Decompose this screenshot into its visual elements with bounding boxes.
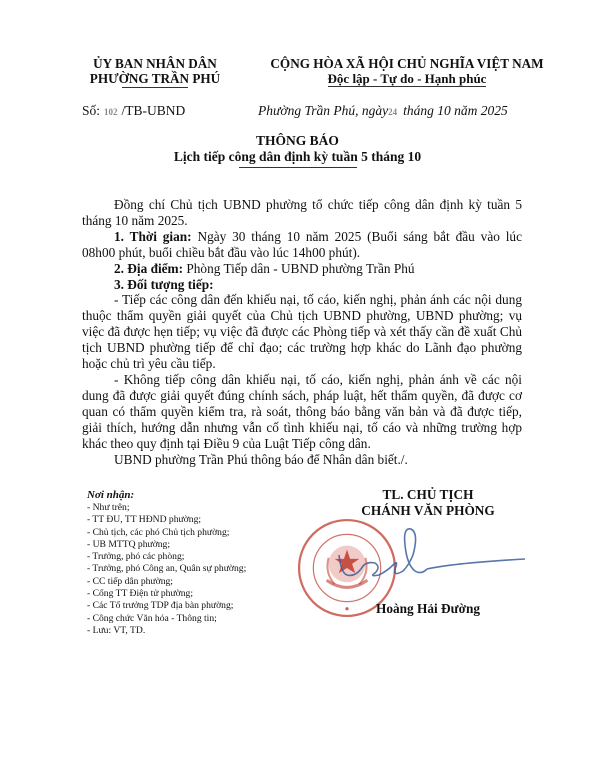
item-time-label: 1. Thời gian:	[114, 229, 192, 244]
signer-name: Hoàng Hải Đường	[318, 601, 538, 617]
title-subheading: Lịch tiếp công dân định kỳ tuần 5 tháng …	[100, 149, 495, 165]
document-date: Phường Trần Phú, ngày24tháng 10 năm 2025	[258, 103, 508, 119]
issuing-agency: ỦY BAN NHÂN DÂN PHƯỜNG TRẦN PHÚ	[70, 56, 240, 88]
agency-line-2: PHƯỜNG TRẦN PHÚ	[70, 71, 240, 86]
document-number: Số:102/TB-UBND	[82, 103, 185, 119]
recipient-item: - Trưởng, phó Công an, Quân sự phường;	[87, 563, 307, 575]
recipients-label: Nơi nhận:	[87, 489, 307, 502]
recipient-item: - Cổng TT Điện tử phường;	[87, 588, 307, 600]
number-suffix: /TB-UBND	[122, 103, 186, 118]
recipient-item: - TT ĐU, TT HĐND phường;	[87, 514, 307, 526]
recipient-item: - Công chức Văn hóa - Thông tin;	[87, 613, 307, 625]
national-motto: Độc lập - Tự do - Hạnh phúc	[328, 71, 487, 87]
date-prefix: Phường Trần Phú, ngày	[258, 103, 388, 118]
title-underline	[239, 167, 357, 168]
nation-name: CỘNG HÒA XÃ HỘI CHỦ NGHĨA VIỆT NAM	[244, 56, 570, 71]
item-location-text: Phòng Tiếp dân - UBND phường Trần Phú	[183, 261, 414, 276]
recipient-item: - UB MTTQ phường;	[87, 539, 307, 551]
title-heading: THÔNG BÁO	[100, 133, 495, 149]
agency-line-1: ỦY BAN NHÂN DÂN	[70, 56, 240, 71]
national-header: CỘNG HÒA XÃ HỘI CHỦ NGHĨA VIỆT NAM Độc l…	[244, 56, 570, 87]
intro-paragraph: Đồng chí Chủ tịch UBND phường tổ chức ti…	[82, 197, 522, 229]
item-subjects-label: 3. Đối tượng tiếp:	[114, 277, 214, 292]
recipients-list: - Như trên;- TT ĐU, TT HĐND phường;- Chủ…	[87, 502, 307, 637]
item-location: 2. Địa điểm: Phòng Tiếp dân - UBND phườn…	[82, 261, 522, 277]
recipient-item: - Như trên;	[87, 502, 307, 514]
signature-line-2: CHÁNH VĂN PHÒNG	[318, 503, 538, 519]
agency-underline	[122, 87, 188, 88]
recipient-item: - Trưởng, phó các phòng;	[87, 551, 307, 563]
recipients-block: Nơi nhận: - Như trên;- TT ĐU, TT HĐND ph…	[87, 489, 307, 637]
document-body: Đồng chí Chủ tịch UBND phường tổ chức ti…	[82, 197, 522, 467]
document-page: ỦY BAN NHÂN DÂN PHƯỜNG TRẦN PHÚ CỘNG HÒA…	[0, 0, 589, 764]
handwritten-signature-icon	[335, 525, 525, 590]
subjects-bullet-2: - Không tiếp công dân khiếu nại, tố cáo,…	[82, 372, 522, 452]
closing-paragraph: UBND phường Trần Phú thông báo để Nhân d…	[82, 452, 522, 468]
recipient-item: - Các Tổ trưởng TDP địa bàn phường;	[87, 600, 307, 612]
subjects-bullet-1: - Tiếp các công dân đến khiếu nại, tố cá…	[82, 292, 522, 372]
date-suffix: tháng 10 năm 2025	[403, 103, 508, 118]
document-title: THÔNG BÁO Lịch tiếp công dân định kỳ tuầ…	[100, 133, 495, 168]
number-prefix: Số:	[82, 103, 100, 118]
item-location-label: 2. Địa điểm:	[114, 261, 183, 276]
signature-block: TL. CHỦ TỊCH CHÁNH VĂN PHÒNG	[318, 487, 538, 519]
signature-line-1: TL. CHỦ TỊCH	[318, 487, 538, 503]
item-time: 1. Thời gian: Ngày 30 tháng 10 năm 2025 …	[82, 229, 522, 261]
recipient-item: - Chủ tịch, các phó Chủ tịch phường;	[87, 527, 307, 539]
recipient-item: - CC tiếp dân phường;	[87, 576, 307, 588]
item-subjects: 3. Đối tượng tiếp:	[82, 277, 522, 293]
recipient-item: - Lưu: VT, TD.	[87, 625, 307, 637]
number-value: 102	[100, 107, 122, 117]
date-day: 24	[388, 107, 403, 117]
